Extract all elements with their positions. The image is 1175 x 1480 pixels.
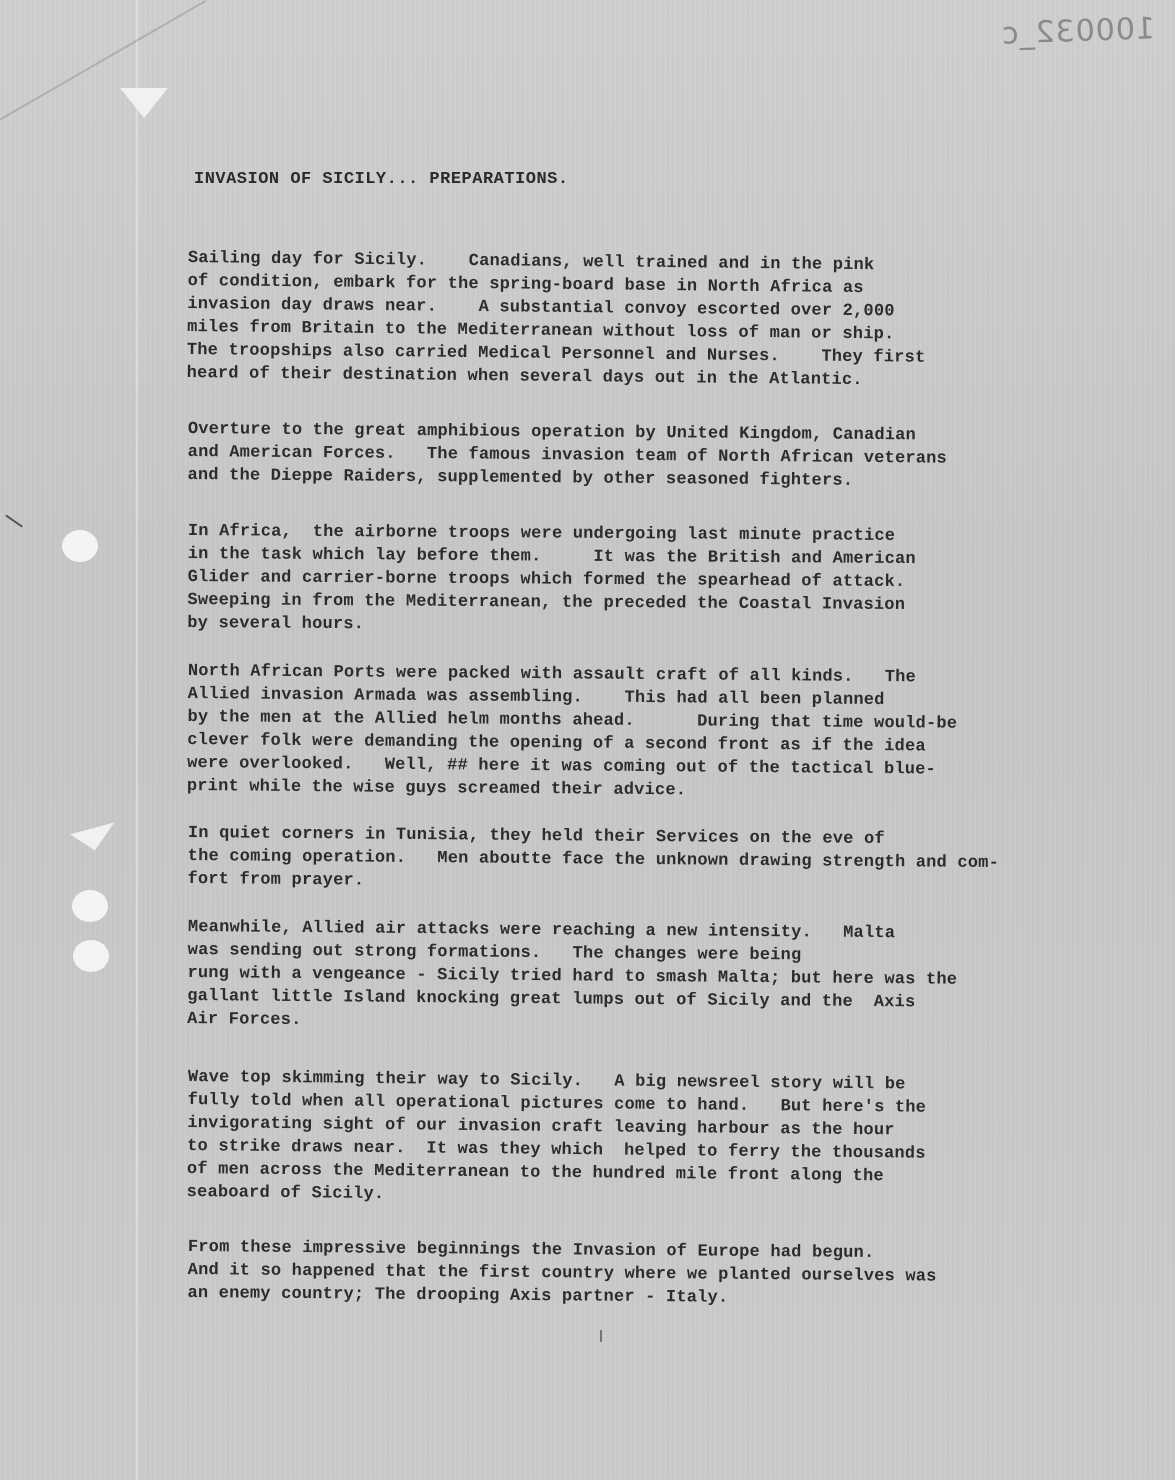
paragraph: From these impressive beginnings the Inv… <box>187 1236 936 1312</box>
stray-mark <box>5 514 23 527</box>
fold-line <box>136 0 138 1480</box>
paper-tear <box>70 822 120 855</box>
paper-tear <box>120 88 168 118</box>
paragraph: In quiet corners in Tunisia, they held t… <box>187 822 999 898</box>
paragraph: Wave top skimming their way to Sicily. A… <box>187 1066 927 1212</box>
stray-mark <box>600 1330 602 1342</box>
punch-hole <box>72 890 108 922</box>
punch-hole <box>73 940 109 972</box>
document-page: 100032_c INVASION OF SICILY... PREPARATI… <box>0 0 1175 1480</box>
paper-crease <box>0 0 206 132</box>
paragraph: Sailing day for Sicily. Canadians, well … <box>187 247 927 393</box>
paragraph: In Africa, the airborne troops were unde… <box>187 520 916 640</box>
document-title: INVASION OF SICILY... PREPARATIONS. <box>194 170 569 189</box>
punch-hole <box>62 530 98 562</box>
paragraph: North African Ports were packed with ass… <box>187 660 958 805</box>
paragraph: Meanwhile, Allied air attacks were reach… <box>187 916 958 1038</box>
archive-number: 100032_c <box>1000 11 1155 51</box>
paragraph: Overture to the great amphibious operati… <box>187 418 947 494</box>
